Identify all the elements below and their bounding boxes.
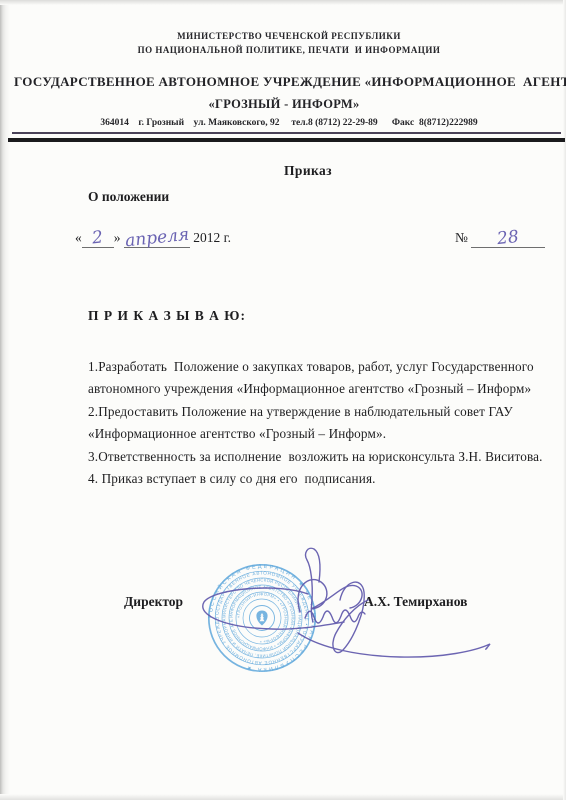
document-subject: О положении — [88, 189, 169, 205]
handwritten-day: 2 — [91, 227, 104, 248]
body-line: 3.Ответственность за исполнение возложит… — [88, 446, 538, 468]
handwritten-number: 28 — [497, 227, 521, 249]
scan-edge-bottom — [0, 794, 566, 800]
letterhead-rule-thick — [8, 138, 565, 142]
date-open-quote: « — [75, 230, 82, 245]
number-label: № — [455, 230, 468, 245]
body-line: «Информационное агентство «Грозный – Инф… — [88, 423, 538, 445]
org-name-line-1: ГОСУДАРСТВЕННОЕ АВТОНОМНОЕ УЧРЕЖДЕНИЕ «И… — [14, 74, 554, 90]
ministry-line-2: ПО НАЦИОНАЛЬНОЙ ПОЛИТИКЕ, ПЕЧАТИ И ИНФОР… — [24, 45, 554, 55]
address-line: 364014 г. Грозный ул. Маяковского, 92 те… — [24, 118, 554, 128]
date-year: 2012 г. — [193, 230, 231, 245]
ministry-line-1: МИНИСТЕРСТВО ЧЕЧЕНСКОЙ РЕСПУБЛИКИ — [24, 31, 554, 41]
date-line: «2» апреля 2012 г. — [75, 227, 231, 248]
letterhead-rule-thin — [12, 132, 561, 134]
body-line: 1.Разработать Положение о закупках товар… — [88, 356, 538, 378]
document-title: Приказ — [88, 163, 528, 179]
handwritten-month: апреля — [124, 225, 190, 252]
order-body: 1.Разработать Положение о закупках товар… — [88, 356, 538, 490]
command-word: П Р И К А З Ы В А Ю: — [88, 308, 246, 324]
body-line: 2.Предоставить Положение на утверждение … — [88, 401, 538, 423]
body-line: автономного учреждения «Информационное а… — [88, 378, 538, 400]
org-name-line-2: «ГРОЗНЫЙ - ИНФОРМ» — [14, 97, 554, 112]
scan-edge-left — [0, 0, 10, 800]
number-line: № 28 — [455, 227, 545, 248]
date-close-quote: » — [114, 230, 121, 245]
scan-edge-top — [0, 0, 566, 5]
signature-ink — [148, 538, 508, 670]
body-line: 4. Приказ вступает в силу со дня его под… — [88, 468, 538, 490]
